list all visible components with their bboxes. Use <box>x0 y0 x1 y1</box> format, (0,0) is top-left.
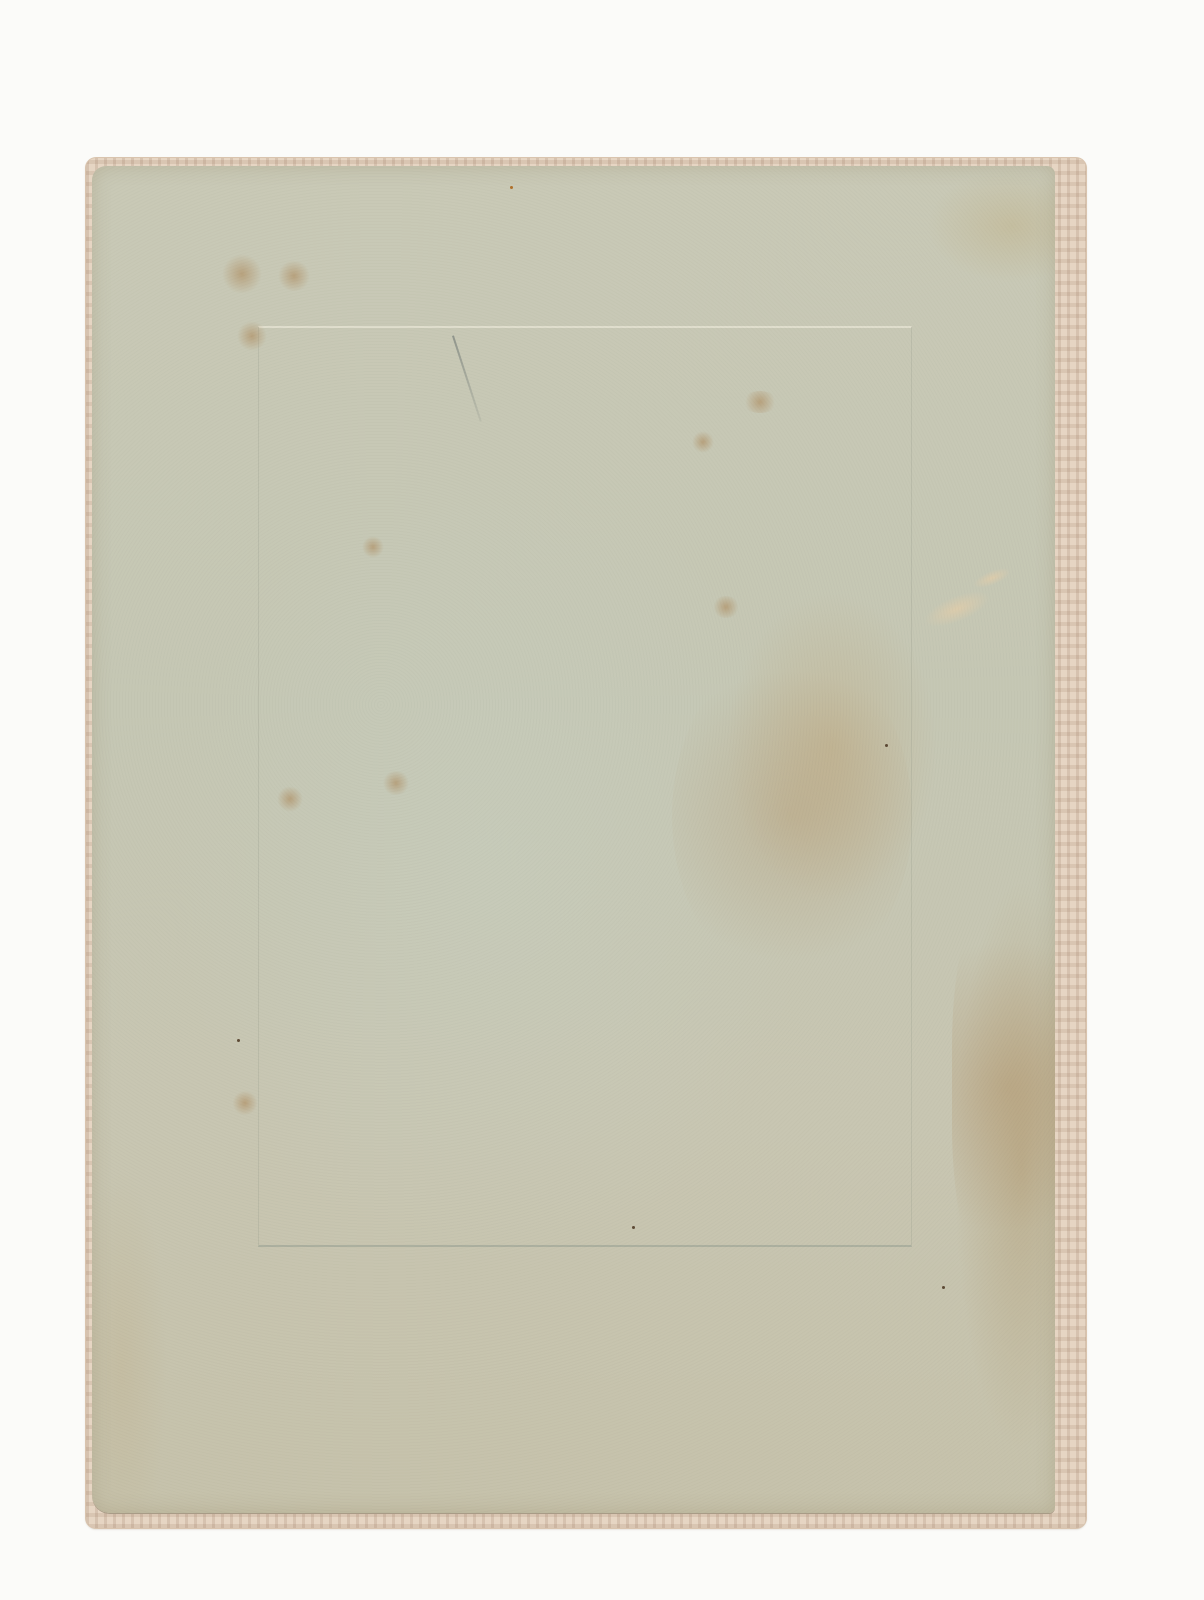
scuff-mark <box>971 564 1013 592</box>
stain <box>222 254 262 294</box>
scanned-card-image <box>0 0 1204 1600</box>
stain <box>277 786 303 812</box>
stain <box>382 771 410 795</box>
stain <box>712 596 740 618</box>
speck <box>942 1286 945 1289</box>
photo-mount-card-back <box>92 166 1055 1513</box>
stain <box>277 261 311 291</box>
speck <box>885 744 888 747</box>
stain <box>692 431 714 453</box>
stain <box>237 321 267 351</box>
speck <box>237 1039 240 1042</box>
stain <box>952 886 1055 1286</box>
stain <box>362 536 384 558</box>
stain <box>232 1091 258 1115</box>
speck <box>632 1226 635 1229</box>
scuff-mark <box>920 584 995 634</box>
speck <box>510 186 513 189</box>
stain <box>742 391 778 413</box>
stain <box>672 646 912 986</box>
